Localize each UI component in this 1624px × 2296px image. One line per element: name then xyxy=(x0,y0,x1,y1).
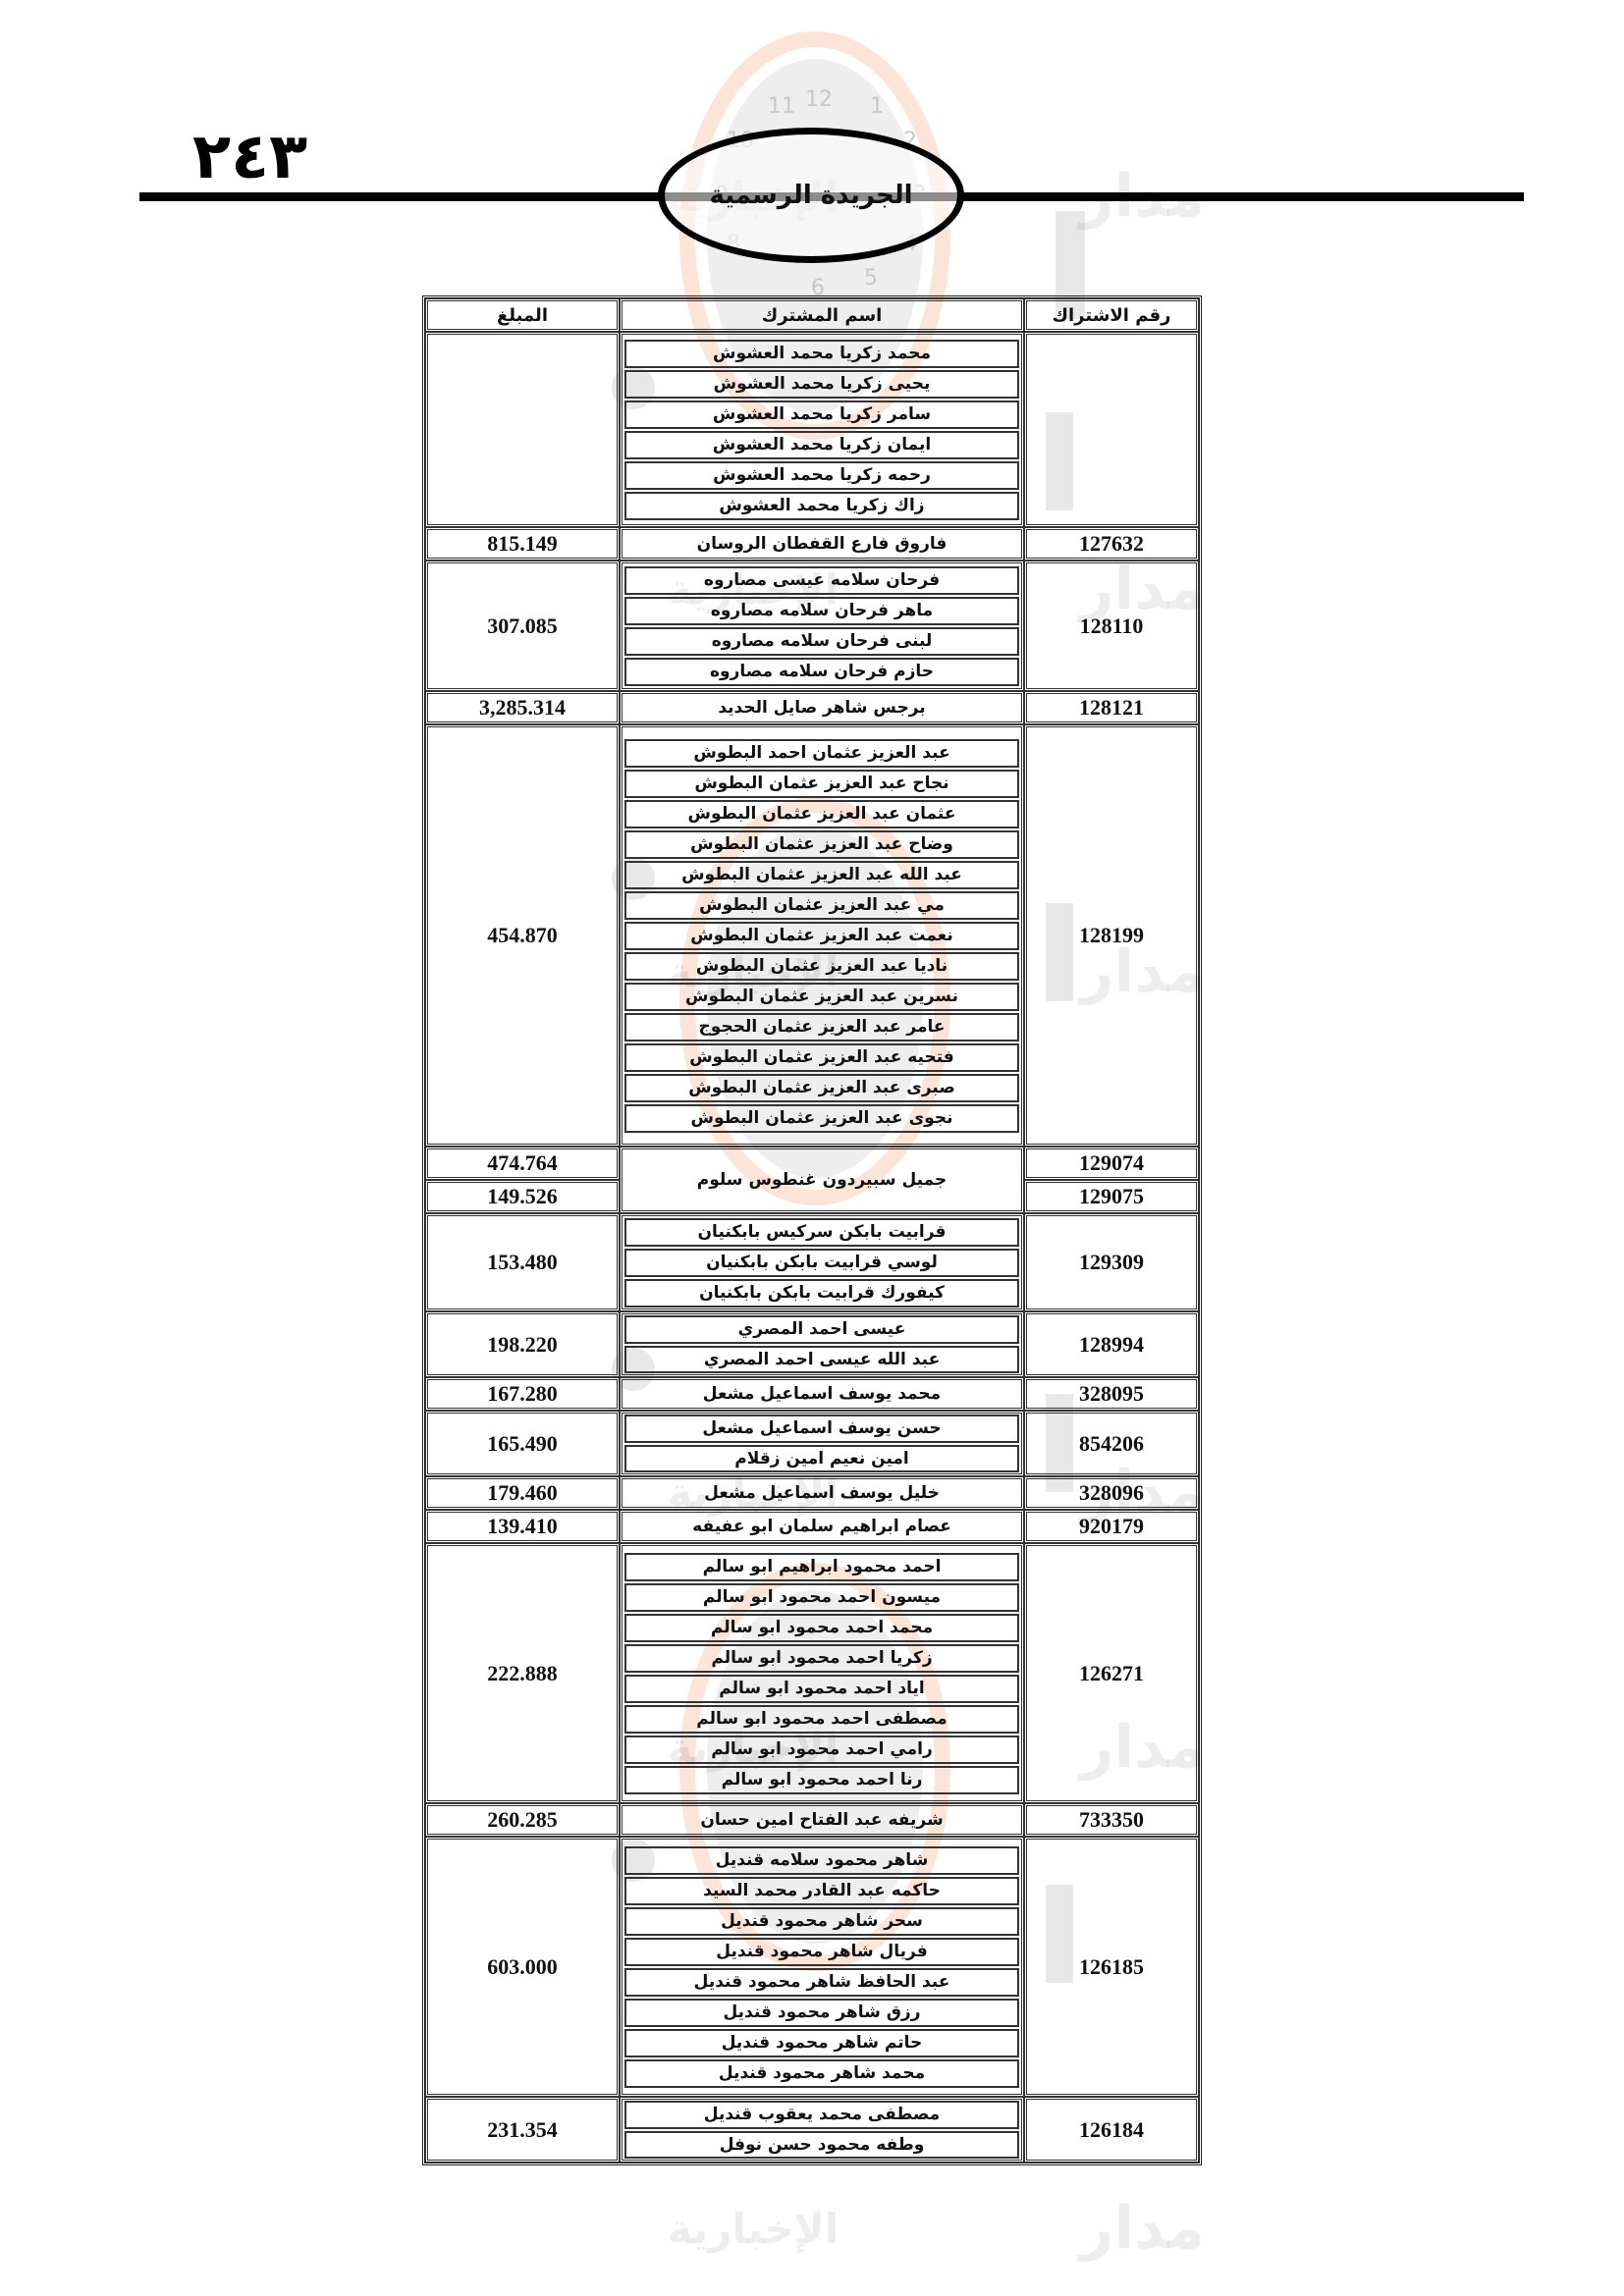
table-row-group: 854206حسن يوسف اسماعيل مشعلامين نعيم امي… xyxy=(425,1411,1199,1476)
subscriber-name: عبد الحافظ شاهر محمود قنديل xyxy=(624,1968,1019,1997)
table-row-group: 126184مصطفى محمد يعقوب قنديلوطفه محمود ح… xyxy=(425,2097,1199,2163)
subscriber-name: يحيى زكريا محمد العشوش xyxy=(624,370,1019,399)
subscriber-name: احمد محمود ابراهيم ابو سالم xyxy=(624,1553,1019,1581)
subscriber-name: حاكمه عبد القادر محمد السيد xyxy=(624,1877,1019,1905)
subscriber-name: نسرين عبد العزيز عثمان البطوش xyxy=(624,983,1019,1011)
subscriber-name: قرابيت بابكن سركيس بابكنيان xyxy=(624,1218,1019,1247)
subscriber-names: مصطفى محمد يعقوب قنديلوطفه محمود حسن نوف… xyxy=(620,2097,1024,2163)
table-row-group: 128994عيسى احمد المصريعبد الله عيسى احمد… xyxy=(425,1311,1199,1377)
subscriber-names: عصام ابراهيم سلمان ابو عفيفه xyxy=(620,1510,1024,1543)
subscriber-name: عثمان عبد العزيز عثمان البطوش xyxy=(624,800,1019,828)
svg-text:11: 11 xyxy=(768,94,795,119)
subscriber-name: ماهر فرحان سلامه مصاروه xyxy=(624,597,1019,625)
subscriber-name: حسن يوسف اسماعيل مشعل xyxy=(624,1415,1019,1443)
subscriber-names: احمد محمود ابراهيم ابو سالمميسون احمد مح… xyxy=(620,1543,1024,1803)
table-row-group: 128110فرحان سلامه عيسى مصاروهماهر فرحان … xyxy=(425,561,1199,691)
subscriber-name: صبرى عبد العزيز عثمان البطوش xyxy=(624,1074,1019,1102)
table-row-group: 128199عبد العزيز عثمان احمد البطوشنجاح ع… xyxy=(425,724,1199,1147)
subscriber-name: اياد احمد محمود ابو سالم xyxy=(624,1675,1019,1703)
split-amount-column: 474.764 149.526 xyxy=(425,1147,620,1213)
svg-text:5: 5 xyxy=(864,266,878,291)
amount: 231.354 xyxy=(425,2097,620,2163)
subscriber-names: عبد العزيز عثمان احمد البطوشنجاح عبد الع… xyxy=(620,724,1024,1147)
subscriber-name: امين نعيم امين زقلام xyxy=(624,1445,1019,1473)
subscription-number: 328096 xyxy=(1024,1476,1199,1510)
subscriber-name: خليل يوسف اسماعيل مشعل xyxy=(624,1480,1019,1506)
subscriber-name: كيفورك قرابيت بابكن بابكنيان xyxy=(624,1279,1019,1308)
table-header-row: رقم الاشتراك اسم المشترك المبلغ xyxy=(425,298,1199,332)
table-row-shared-name: 129074 129075 جميل سبيردون غنطوس سلوم 47… xyxy=(425,1147,1199,1213)
subscriber-name: فرحان سلامه عيسى مصاروه xyxy=(624,566,1019,595)
subscriber-names: فاروق فارع القفطان الروسان xyxy=(620,527,1024,561)
subscriber-name-text: جميل سبيردون غنطوس سلوم xyxy=(697,1170,947,1190)
subscriber-name: ناديا عبد العزيز عثمان البطوش xyxy=(624,952,1019,981)
subscriber-names: شاهر محمود سلامه قنديلحاكمه عبد القادر م… xyxy=(620,1837,1024,2097)
split-subscription-column: 129074 129075 xyxy=(1024,1147,1199,1213)
subscriber-name: فاروق فارع القفطان الروسان xyxy=(624,531,1019,557)
subscriber-name: زكريا احمد محمود ابو سالم xyxy=(624,1644,1019,1673)
subscriber-name: عبد العزيز عثمان احمد البطوش xyxy=(624,739,1019,768)
amount: 139.410 xyxy=(425,1510,620,1543)
subscriber-name: وطفه محمود حسن نوفل xyxy=(624,2131,1019,2160)
subscriber-name: لبنى فرحان سلامه مصاروه xyxy=(624,627,1019,656)
table-row-group: 920179عصام ابراهيم سلمان ابو عفيفه139.41… xyxy=(425,1510,1199,1543)
subscription-number xyxy=(1024,332,1199,527)
amount: 603.000 xyxy=(425,1837,620,2097)
subscriber-name: نعمت عبد العزيز عثمان البطوش xyxy=(624,922,1019,950)
subscriber-name: عبد الله عيسى احمد المصري xyxy=(624,1346,1019,1374)
header-subscription-number: رقم الاشتراك xyxy=(1024,298,1199,332)
amount: 474.764 xyxy=(425,1147,620,1180)
table-row-group: 129309قرابيت بابكن سركيس بابكنيانلوسي قر… xyxy=(425,1213,1199,1311)
subscriber-names: شريفه عبد الفتاح امين حسان xyxy=(620,1803,1024,1837)
subscriber-name: رزق شاهر محمود قنديل xyxy=(624,1999,1019,2027)
table-row-group: 328096خليل يوسف اسماعيل مشعل179.460 xyxy=(425,1476,1199,1510)
subscription-number: 126184 xyxy=(1024,2097,1199,2163)
amount: 149.526 xyxy=(425,1180,620,1213)
subscriber-name: نجاح عبد العزيز عثمان البطوش xyxy=(624,770,1019,798)
subscriber-name: محمد زكريا محمد العشوش xyxy=(624,340,1019,368)
header-amount: المبلغ xyxy=(425,298,620,332)
table-row-group: 733350شريفه عبد الفتاح امين حسان260.285 xyxy=(425,1803,1199,1837)
subscriber-name: مي عبد العزيز عثمان البطوش xyxy=(624,891,1019,920)
subscriber-name: سحر شاهر محمود قنديل xyxy=(624,1907,1019,1936)
subscriber-name: سامر زكريا محمد العشوش xyxy=(624,400,1019,429)
subscriber-name: زاك زكريا محمد العشوش xyxy=(624,492,1019,520)
amount: 260.285 xyxy=(425,1803,620,1837)
page-number: ٢٤٣ xyxy=(192,126,307,188)
subscriber-name: رنا احمد محمود ابو سالم xyxy=(624,1766,1019,1794)
subscriber-name: ايمان زكريا محمد العشوش xyxy=(624,431,1019,459)
svg-text:الإخبارية: الإخبارية xyxy=(668,2205,839,2253)
amount: 165.490 xyxy=(425,1411,620,1476)
subscription-number: 129309 xyxy=(1024,1213,1199,1311)
subscription-number: 854206 xyxy=(1024,1411,1199,1476)
subscriber-name: حازم فرحان سلامه مصاروه xyxy=(624,658,1019,686)
subscriber-name: جميل سبيردون غنطوس سلوم xyxy=(620,1147,1024,1213)
subscriber-name: شريفه عبد الفتاح امين حسان xyxy=(624,1807,1019,1833)
subscriber-name: رامي احمد محمود ابو سالم xyxy=(624,1735,1019,1764)
amount: 307.085 xyxy=(425,561,620,691)
subscription-number: 126271 xyxy=(1024,1543,1199,1803)
table-body-part-2: 129309قرابيت بابكن سركيس بابكنيانلوسي قر… xyxy=(425,1213,1199,2163)
subscription-number: 328095 xyxy=(1024,1377,1199,1411)
subscriber-name: محمد احمد محمود ابو سالم xyxy=(624,1614,1019,1642)
subscriber-name: مصطفى احمد محمود ابو سالم xyxy=(624,1705,1019,1734)
page-title: الجريدة الرسمية xyxy=(710,181,913,210)
amount: 167.280 xyxy=(425,1377,620,1411)
subscriber-name: رحمه زكريا محمد العشوش xyxy=(624,461,1019,490)
table-row-group: محمد زكريا محمد العشوشيحيى زكريا محمد ال… xyxy=(425,332,1199,527)
subscriber-names: قرابيت بابكن سركيس بابكنيانلوسي قرابيت ب… xyxy=(620,1213,1024,1311)
subscriber-names: خليل يوسف اسماعيل مشعل xyxy=(620,1476,1024,1510)
amount: 815.149 xyxy=(425,527,620,561)
table-row-group: 126271احمد محمود ابراهيم ابو سالمميسون ا… xyxy=(425,1543,1199,1803)
amount: 222.888 xyxy=(425,1543,620,1803)
subscription-number: 127632 xyxy=(1024,527,1199,561)
subscriber-names: فرحان سلامه عيسى مصاروهماهر فرحان سلامه … xyxy=(620,561,1024,691)
svg-text:12: 12 xyxy=(805,87,833,112)
amount: 454.870 xyxy=(425,724,620,1147)
subscriber-name: شاهر محمود سلامه قنديل xyxy=(624,1846,1019,1875)
subscription-number: 128110 xyxy=(1024,561,1199,691)
subscriber-names: محمد يوسف اسماعيل مشعل xyxy=(620,1377,1024,1411)
subscriber-names: حسن يوسف اسماعيل مشعلامين نعيم امين زقلا… xyxy=(620,1411,1024,1476)
subscriber-names: برجس شاهر صايل الحديد xyxy=(620,691,1024,724)
subscriber-name: عامر عبد العزيز عثمان الحجوج xyxy=(624,1013,1019,1041)
subscriber-name: فتحيه عبد العزيز عثمان البطوش xyxy=(624,1043,1019,1072)
subscriber-name: حاتم شاهر محمود قنديل xyxy=(624,2029,1019,2057)
subscription-number: 733350 xyxy=(1024,1803,1199,1837)
amount: 3,285.314 xyxy=(425,691,620,724)
table-body-part-1: محمد زكريا محمد العشوشيحيى زكريا محمد ال… xyxy=(425,332,1199,1147)
subscriber-name: فريال شاهر محمود قنديل xyxy=(624,1938,1019,1966)
subscription-number: 128994 xyxy=(1024,1311,1199,1377)
subscription-number: 129074 xyxy=(1024,1147,1199,1180)
subscriber-name: محمد يوسف اسماعيل مشعل xyxy=(624,1381,1019,1407)
subscriber-name: عبد الله عبد العزيز عثمان البطوش xyxy=(624,861,1019,889)
amount xyxy=(425,332,620,527)
header-subscriber-name: اسم المشترك xyxy=(620,298,1024,332)
subscription-number: 128121 xyxy=(1024,691,1199,724)
subscriber-name: ميسون احمد محمود ابو سالم xyxy=(624,1583,1019,1612)
svg-text:مدار: مدار xyxy=(1077,2194,1205,2263)
subscriber-name: عيسى احمد المصري xyxy=(624,1315,1019,1344)
subscriber-name: محمد شاهر محمود قنديل xyxy=(624,2059,1019,2088)
table-row-group: 128121برجس شاهر صايل الحديد3,285.314 xyxy=(425,691,1199,724)
table-row-group: 127632فاروق فارع القفطان الروسان815.149 xyxy=(425,527,1199,561)
subscriber-name: لوسي قرابيت بابكن بابكنيان xyxy=(624,1249,1019,1277)
svg-text:1: 1 xyxy=(870,94,884,119)
table-row-group: 126185شاهر محمود سلامه قنديلحاكمه عبد ال… xyxy=(425,1837,1199,2097)
subscriber-name: نجوى عبد العزيز عثمان البطوش xyxy=(624,1104,1019,1133)
subscription-number: 920179 xyxy=(1024,1510,1199,1543)
subscription-number: 128199 xyxy=(1024,724,1199,1147)
amount: 198.220 xyxy=(425,1311,620,1377)
subscriber-names: عيسى احمد المصريعبد الله عيسى احمد المصر… xyxy=(620,1311,1024,1377)
subscription-number: 129075 xyxy=(1024,1180,1199,1213)
subscriber-name: مصطفى محمد يعقوب قنديل xyxy=(624,2101,1019,2129)
amount: 153.480 xyxy=(425,1213,620,1311)
table-row-group: 328095محمد يوسف اسماعيل مشعل167.280 xyxy=(425,1377,1199,1411)
subscribers-table: رقم الاشتراك اسم المشترك المبلغ محمد زكر… xyxy=(422,295,1202,2165)
title-oval: الجريدة الرسمية xyxy=(658,128,964,263)
amount: 179.460 xyxy=(425,1476,620,1510)
subscriber-name: وضاح عبد العزيز عثمان البطوش xyxy=(624,830,1019,859)
subscription-number: 126185 xyxy=(1024,1837,1199,2097)
subscriber-name: برجس شاهر صايل الحديد xyxy=(624,695,1019,721)
subscriber-name: عصام ابراهيم سلمان ابو عفيفه xyxy=(624,1514,1019,1539)
subscriber-names: محمد زكريا محمد العشوشيحيى زكريا محمد ال… xyxy=(620,332,1024,527)
